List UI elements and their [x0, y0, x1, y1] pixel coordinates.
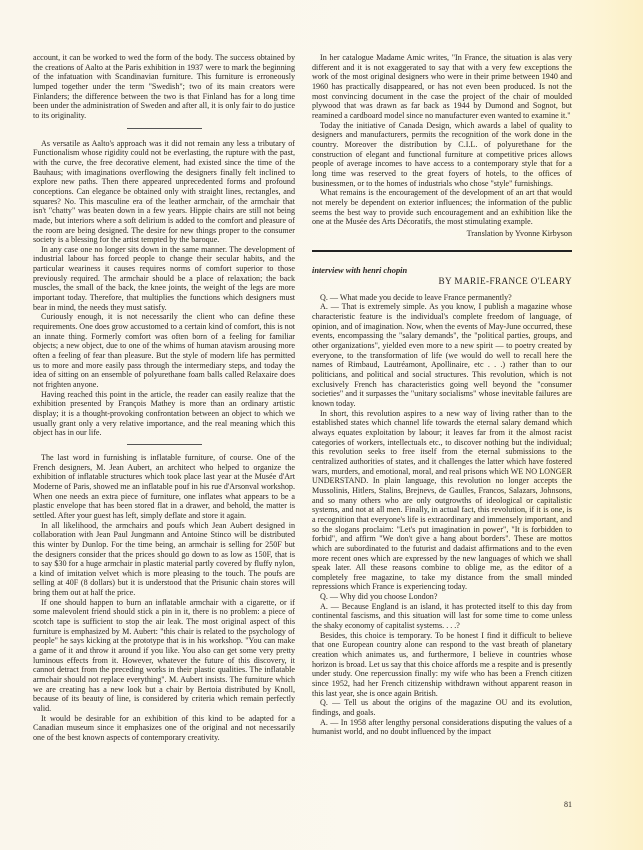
paragraph: Having reached this point in the article…: [33, 390, 295, 438]
paragraph: If one should happen to burn an inflatab…: [33, 598, 295, 714]
right-column: In her catalogue Madame Amic writes, "In…: [312, 53, 572, 737]
paragraph: Besides, this choice is temporary. To be…: [312, 631, 572, 699]
paragraph: What remains is the encouragement of the…: [312, 188, 572, 227]
paragraph: In all likelihood, the armchairs and pou…: [33, 521, 295, 598]
question: Q. — Why did you choose London?: [312, 592, 572, 602]
paragraph: account, it can be worked to wed the for…: [33, 53, 295, 121]
translation-credit: Translation by Yvonne Kirbyson: [312, 229, 572, 239]
paragraph: The last word in furnishing is inflatabl…: [33, 453, 295, 521]
paragraph: In short, this revolution aspires to a n…: [312, 409, 572, 592]
interview-heading: interview with henri chopin: [312, 266, 572, 276]
section-divider: [127, 444, 202, 445]
answer: A. — In 1958 after lengthy personal cons…: [312, 718, 572, 737]
section-divider: [127, 128, 202, 129]
article-divider: [312, 250, 572, 252]
question: Q. — What made you decide to leave Franc…: [312, 293, 572, 303]
question: Q. — Tell us about the origins of the ma…: [312, 698, 572, 717]
paragraph: Curiously enough, it is not necessarily …: [33, 312, 295, 389]
paragraph: Today the initiative of Canada Design, w…: [312, 121, 572, 189]
left-column: account, it can be worked to wed the for…: [33, 53, 295, 743]
paragraph: In any case one no longer sits down in t…: [33, 245, 295, 313]
paragraph: In her catalogue Madame Amic writes, "In…: [312, 53, 572, 121]
paragraph: It would be desirable for an exhibition …: [33, 714, 295, 743]
byline: BY MARIE-FRANCE O'LEARY: [312, 277, 572, 287]
answer: A. — Because England is an island, it ha…: [312, 602, 572, 631]
page-number: 81: [564, 800, 572, 809]
paragraph: As versatile as Aalto's approach was it …: [33, 139, 295, 245]
answer: A. — That is extremely simple. As you kn…: [312, 302, 572, 408]
